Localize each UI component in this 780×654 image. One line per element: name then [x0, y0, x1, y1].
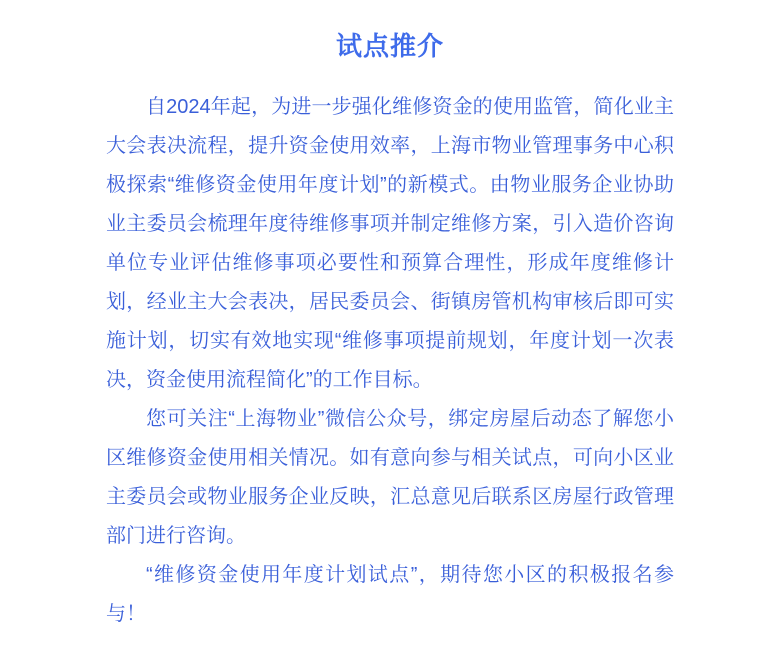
- document: 试点推介 自2024年起，为进一步强化维修资金的使用监管，简化业主大会表决流程，…: [0, 0, 780, 654]
- page-title: 试点推介: [106, 28, 674, 64]
- document-body: 自2024年起，为进一步强化维修资金的使用监管，简化业主大会表决流程，提升资金使…: [106, 88, 674, 634]
- body-paragraph-1: 自2024年起，为进一步强化维修资金的使用监管，简化业主大会表决流程，提升资金使…: [106, 88, 674, 400]
- body-paragraph-3: “维修资金使用年度计划试点”，期待您小区的积极报名参与！: [106, 556, 674, 634]
- body-paragraph-2: 您可关注“上海物业”微信公众号，绑定房屋后动态了解您小区维修资金使用相关情况。如…: [106, 400, 674, 556]
